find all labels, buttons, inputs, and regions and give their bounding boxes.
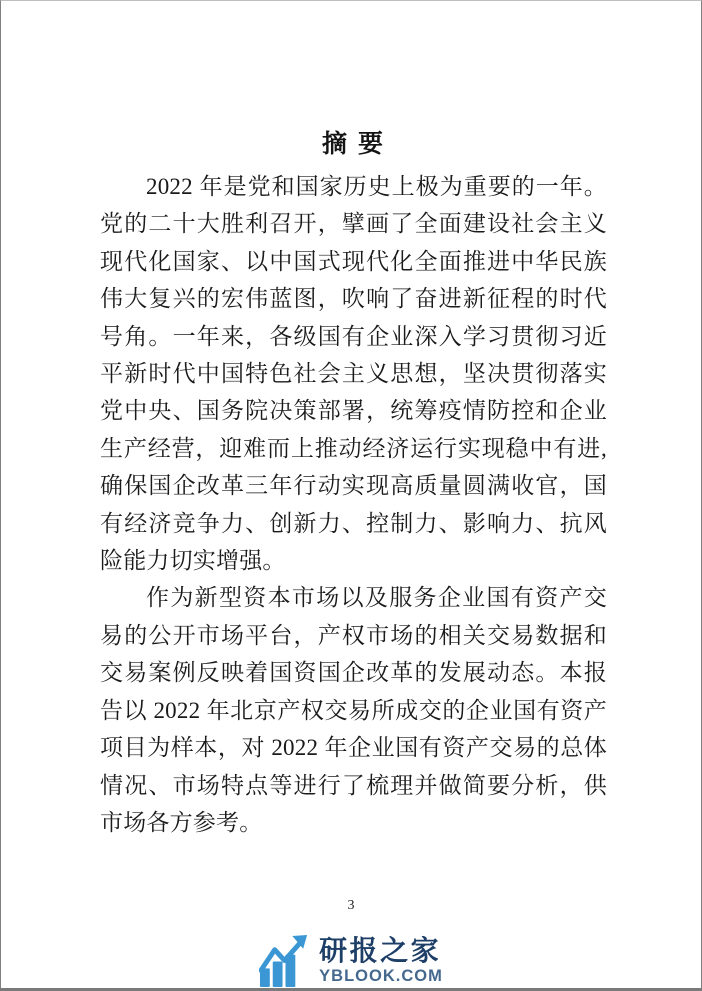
document-page: 摘 要 2022 年是党和国家历史上极为重要的一年。党的二十大胜利召开，擘画了全… <box>0 0 702 991</box>
bar-chart-arrow-icon <box>259 934 312 987</box>
brand-name: 研报之家 <box>319 937 441 965</box>
abstract-section: 摘 要 2022 年是党和国家历史上极为重要的一年。党的二十大胜利召开，擘画了全… <box>1 1 701 841</box>
page-title: 摘 要 <box>100 129 607 159</box>
page-number: 3 <box>1 898 701 914</box>
abstract-paragraph-1: 2022 年是党和国家历史上极为重要的一年。党的二十大胜利召开，擘画了全面建设社… <box>100 168 607 579</box>
watermark: 研报之家 YBLOOK.COM <box>1 934 701 987</box>
brand-domain: YBLOOK.COM <box>319 968 443 985</box>
abstract-paragraph-2: 作为新型资本市场以及服务企业国有资产交易的公开市场平台，产权市场的相关交易数据和… <box>100 579 607 841</box>
watermark-text: 研报之家 YBLOOK.COM <box>319 937 443 985</box>
